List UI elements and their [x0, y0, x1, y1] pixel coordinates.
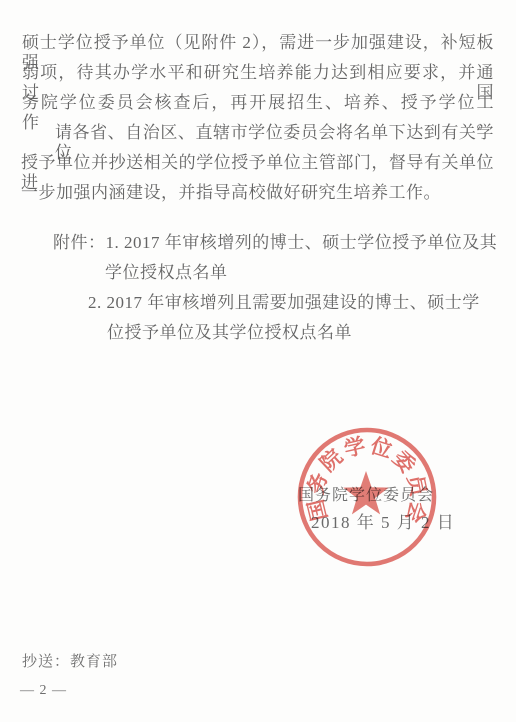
attachment-line: 学位授权点名单: [105, 263, 228, 283]
star-icon: [343, 471, 389, 514]
page-number: — 2 —: [20, 683, 67, 699]
body-line: 一步加强内涵建设，并指导高校做好研究生培养工作。: [21, 183, 441, 203]
attachment-line: 位授予单位及其学位授权点名单: [107, 323, 352, 343]
official-seal: 国务院学位委员会: [292, 421, 442, 571]
document-page: 硕士学位授予单位（见附件 2），需进一步加强建设，补短板强 弱项，待其办学水平和…: [0, 0, 516, 722]
cc-line: 抄送：教育部: [22, 650, 118, 671]
attachment-line: 2. 2017 年审核增列且需要加强建设的博士、硕士学: [88, 293, 480, 313]
attachment-line: 附件：1. 2017 年审核增列的博士、硕士学位授予单位及其: [53, 233, 497, 253]
